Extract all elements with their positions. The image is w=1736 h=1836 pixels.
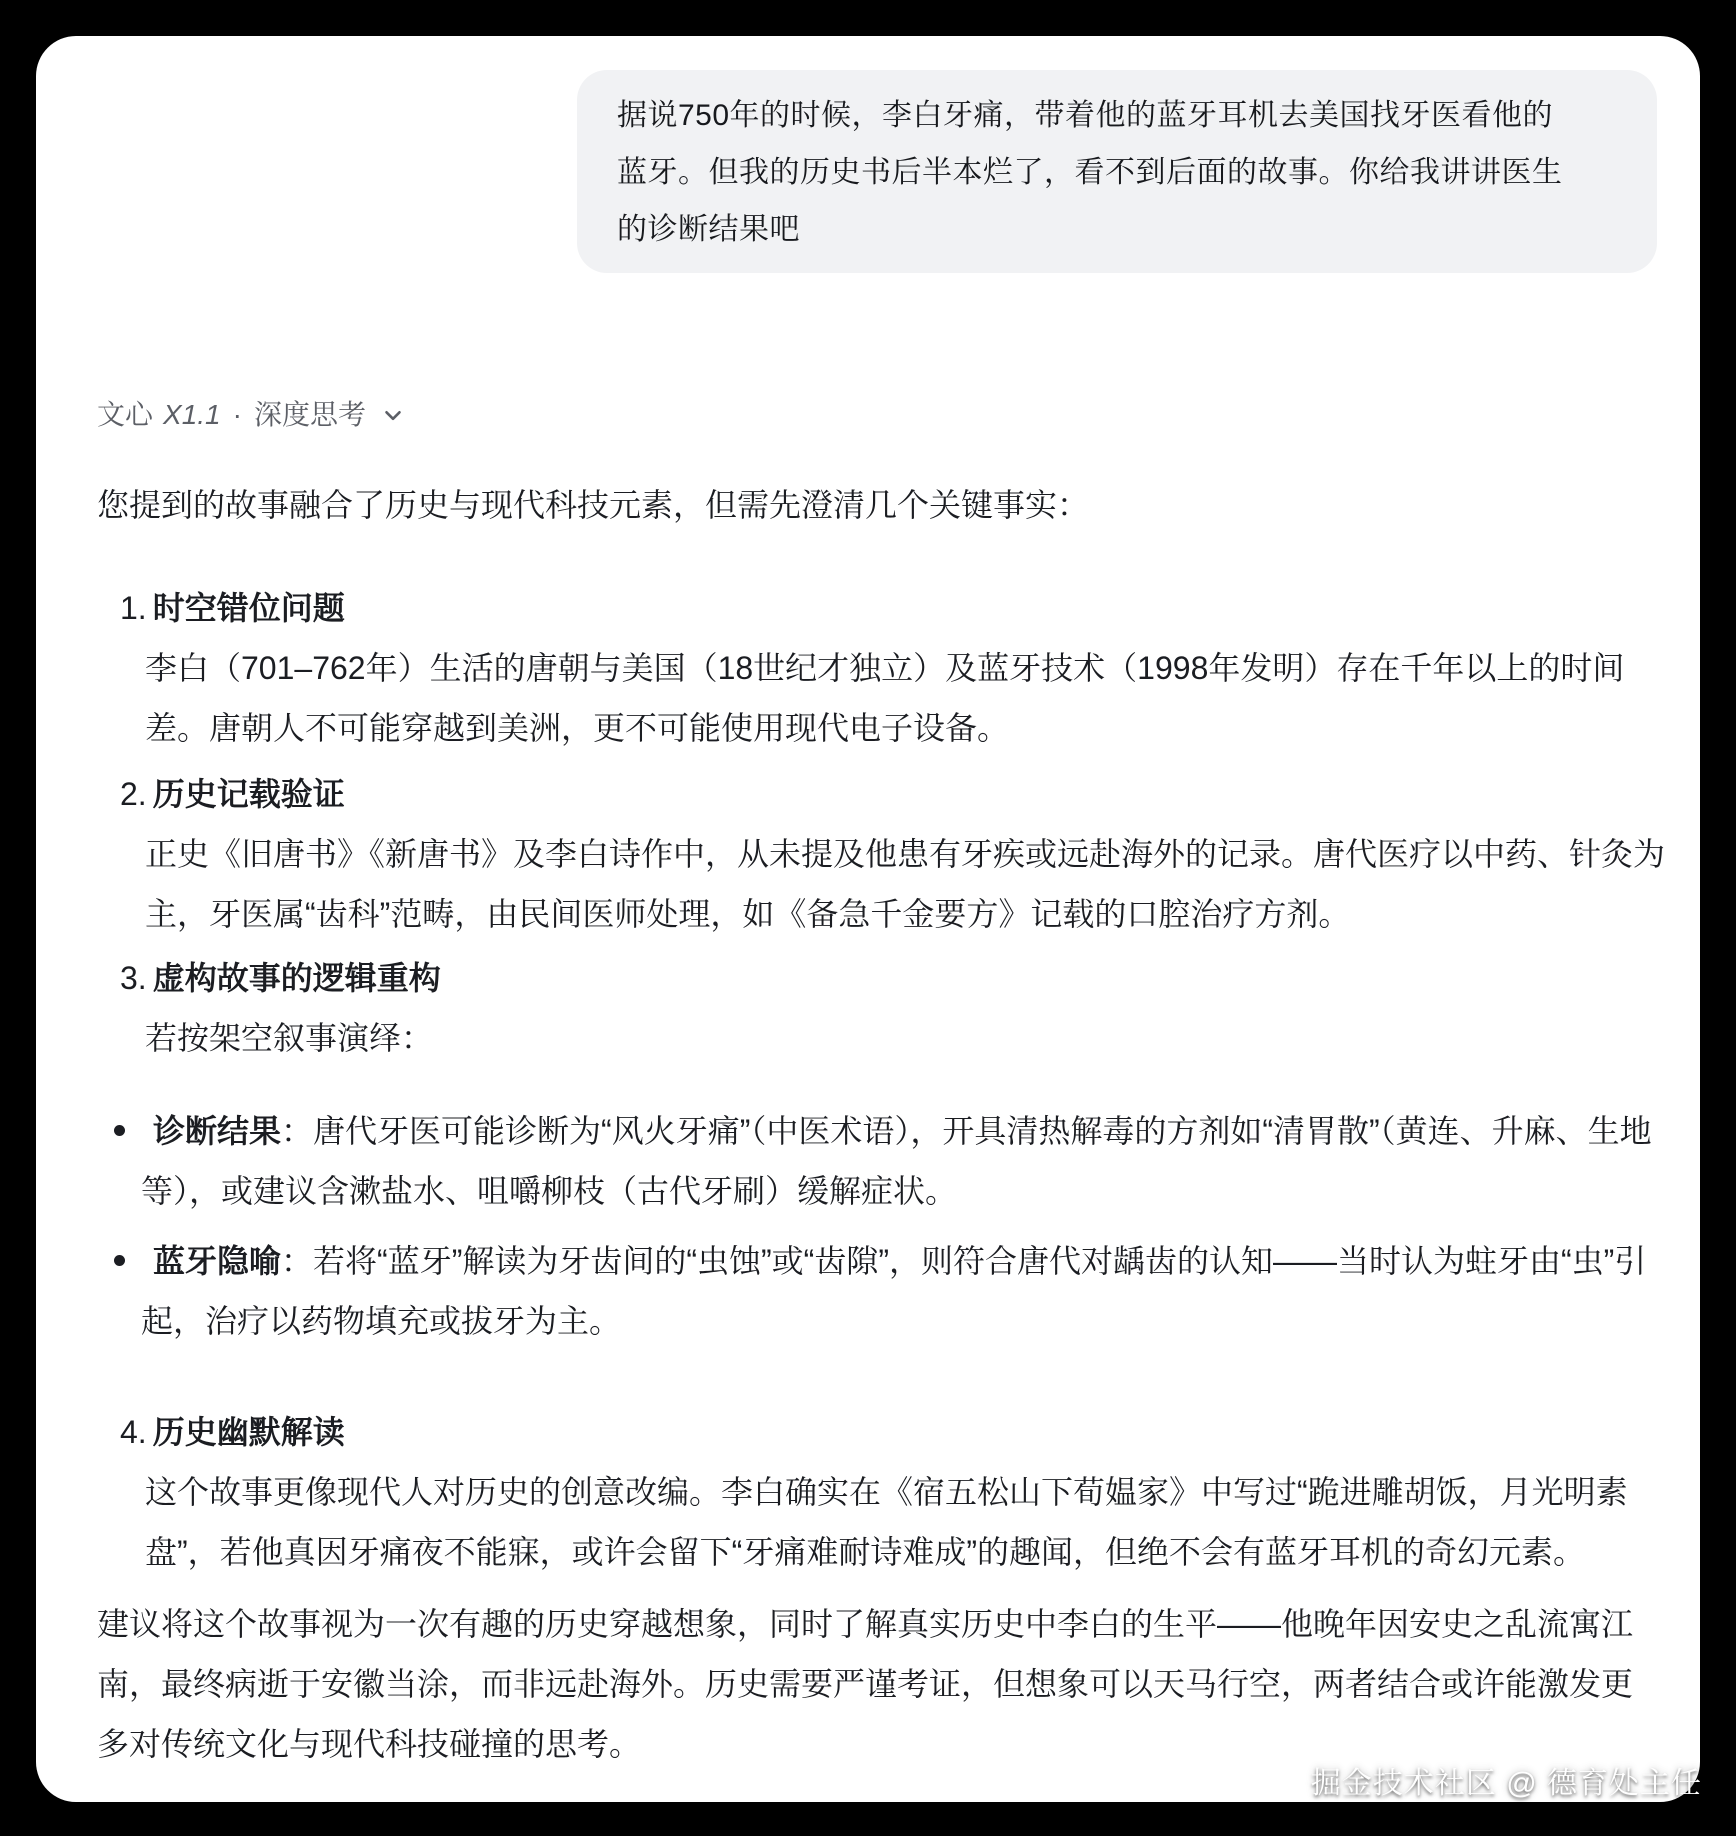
item-number: 2. <box>120 764 147 824</box>
chat-card: 据说750年的时候，李白牙痛，带着他的蓝牙耳机去美国找牙医看他的 蓝牙。但我的历… <box>36 36 1700 1802</box>
bullet-body: 若将“蓝牙”解读为牙齿间的“虫蚀”或“齿隙”，则符合唐代对龋齿的认知——当时认为… <box>141 1243 1646 1339</box>
bullet-separator: ： <box>281 1243 313 1279</box>
label-separator-dot: · <box>233 395 242 435</box>
numbered-item-2: 2.历史记载验证 正史《旧唐书》《新唐书》及李白诗作中，从未提及他患有牙疾或远赴… <box>97 764 1642 944</box>
numbered-item-3: 3.虚构故事的逻辑重构 若按架空叙事演绎： <box>97 948 1642 1068</box>
model-mode-label: 深度思考 <box>254 395 366 435</box>
item-number: 4. <box>120 1402 147 1462</box>
bullet-item-bluetooth: 蓝牙隐喻：若将“蓝牙”解读为牙齿间的“虫蚀”或“齿隙”，则符合唐代对龋齿的认知—… <box>97 1231 1661 1351</box>
bullet-separator: ： <box>281 1113 313 1149</box>
item-number: 3. <box>120 948 147 1008</box>
item-title: 时空错位问题 <box>153 590 345 626</box>
user-message-line: 蓝牙。但我的历史书后半本烂了，看不到后面的故事。你给我讲讲医生 <box>617 144 1617 201</box>
bullet-list: 诊断结果：唐代牙医可能诊断为“风火牙痛”（中医术语），开具清热解毒的方剂如“清胃… <box>97 1101 1642 1351</box>
user-message-row: 据说750年的时候，李白牙痛，带着他的蓝牙耳机去美国找牙医看他的 蓝牙。但我的历… <box>36 36 1700 273</box>
user-message-line: 据说750年的时候，李白牙痛，带着他的蓝牙耳机去美国找牙医看他的 <box>617 87 1617 144</box>
watermark: 掘金技术社区 @ 德育处主任 <box>1311 1758 1702 1802</box>
bullet-dot-icon <box>114 1255 125 1266</box>
item-number: 1. <box>120 578 147 638</box>
user-message-line: 的诊断结果吧 <box>617 201 1617 258</box>
item-body: 正史《旧唐书》《新唐书》及李白诗作中，从未提及他患有牙疾或远赴海外的记录。唐代医… <box>97 824 1665 944</box>
bullet-label: 蓝牙隐喻 <box>153 1243 281 1279</box>
response-intro: 您提到的故事融合了历史与现代科技元素，但需先澄清几个关键事实： <box>97 475 1642 535</box>
model-selector[interactable]: 文心 X1.1 · 深度思考 <box>97 395 406 435</box>
item-body: 若按架空叙事演绎： <box>97 1008 1665 1068</box>
model-name: 文心 <box>97 395 153 435</box>
numbered-item-1: 1.时空错位问题 李白（701–762年）生活的唐朝与美国（18世纪才独立）及蓝… <box>97 578 1642 758</box>
item-body: 这个故事更像现代人对历史的创意改编。李白确实在《宿五松山下荀媪家》中写过“跪进雕… <box>97 1462 1665 1582</box>
bullet-dot-icon <box>114 1125 125 1136</box>
bullet-item-diagnosis: 诊断结果：唐代牙医可能诊断为“风火牙痛”（中医术语），开具清热解毒的方剂如“清胃… <box>97 1101 1661 1221</box>
item-body: 李白（701–762年）生活的唐朝与美国（18世纪才独立）及蓝牙技术（1998年… <box>97 638 1665 758</box>
response-conclusion: 建议将这个故事视为一次有趣的历史穿越想象，同时了解真实历史中李白的生平——他晚年… <box>97 1594 1642 1774</box>
item-title: 历史幽默解读 <box>153 1414 345 1450</box>
user-message-bubble: 据说750年的时候，李白牙痛，带着他的蓝牙耳机去美国找牙医看他的 蓝牙。但我的历… <box>577 70 1657 273</box>
model-version: X1.1 <box>163 395 221 435</box>
bullet-label: 诊断结果 <box>153 1113 281 1149</box>
assistant-response: 文心 X1.1 · 深度思考 您提到的故事融合了历史与现代科技元素，但需先澄清几… <box>36 395 1700 1774</box>
item-title: 虚构故事的逻辑重构 <box>153 960 441 996</box>
item-title: 历史记载验证 <box>153 776 345 812</box>
bullet-body: 唐代牙医可能诊断为“风火牙痛”（中医术语），开具清热解毒的方剂如“清胃散”（黄连… <box>141 1113 1652 1209</box>
chevron-down-icon <box>380 402 406 428</box>
numbered-item-4: 4.历史幽默解读 这个故事更像现代人对历史的创意改编。李白确实在《宿五松山下荀媪… <box>97 1402 1642 1582</box>
